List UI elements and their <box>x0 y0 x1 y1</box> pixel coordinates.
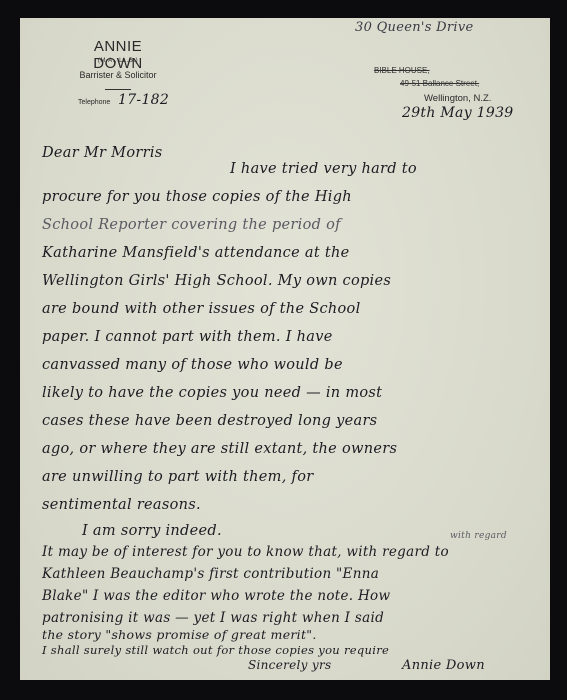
letter-line: I am sorry indeed. <box>82 523 222 539</box>
letterhead-name: ANNIE DOWN <box>68 38 168 72</box>
letter-line: ago, or where they are still extant, the… <box>42 441 397 457</box>
closing: Sincerely yrs <box>248 658 331 672</box>
letter-line: It may be of interest for you to know th… <box>42 544 449 560</box>
handwritten-address: 30 Queen's Drive <box>355 20 473 35</box>
letter-line: Blake" I was the editor who wrote the no… <box>42 588 390 604</box>
letter-line: I have tried very hard to <box>230 161 417 177</box>
letter-page: ANNIE DOWN (M.A., LL.B.) Barrister & Sol… <box>20 18 550 680</box>
signature: Annie Down <box>402 658 485 673</box>
letter-line: canvassed many of those who would be <box>42 357 343 373</box>
letter-line: the story "shows promise of great merit"… <box>42 627 317 642</box>
struck-building-name: BIBLE HOUSE, <box>374 66 430 75</box>
letter-line: Kathleen Beauchamp's first contribution … <box>42 566 379 582</box>
letter-line: are bound with other issues of the Schoo… <box>42 301 361 317</box>
telephone-number: 17-182 <box>118 92 169 108</box>
telephone-label: Telephone <box>78 99 110 106</box>
insertion-note: with regard <box>450 531 507 541</box>
letter-line: cases these have been destroyed long yea… <box>42 413 377 429</box>
letterhead-qualifications: (M.A., LL.B.) <box>68 58 168 64</box>
salutation: Dear Mr Morris <box>42 145 163 161</box>
letter-line: are unwilling to part with them, for <box>42 469 313 485</box>
letter-line: Katharine Mansfield's attendance at the <box>42 245 350 261</box>
letter-line: paper. I cannot part with them. I have <box>42 329 333 345</box>
letter-date: 29th May 1939 <box>402 105 513 121</box>
letter-line: I shall surely still watch out for those… <box>42 643 389 657</box>
letter-line: patronising it was — yet I was right whe… <box>42 610 384 626</box>
letter-line: sentimental reasons. <box>42 497 201 513</box>
letter-line: likely to have the copies you need — in … <box>42 385 382 401</box>
letter-line: Wellington Girls' High School. My own co… <box>42 273 391 289</box>
letter-line: School Reporter covering the period of <box>42 217 341 233</box>
city: Wellington, N.Z. <box>424 93 491 104</box>
letter-line: procure for you those copies of the High <box>42 189 352 205</box>
letterhead-divider <box>105 89 131 90</box>
struck-street-address: 49-51 Ballance Street, <box>400 79 479 88</box>
letterhead-profession: Barrister & Solicitor <box>58 70 178 80</box>
